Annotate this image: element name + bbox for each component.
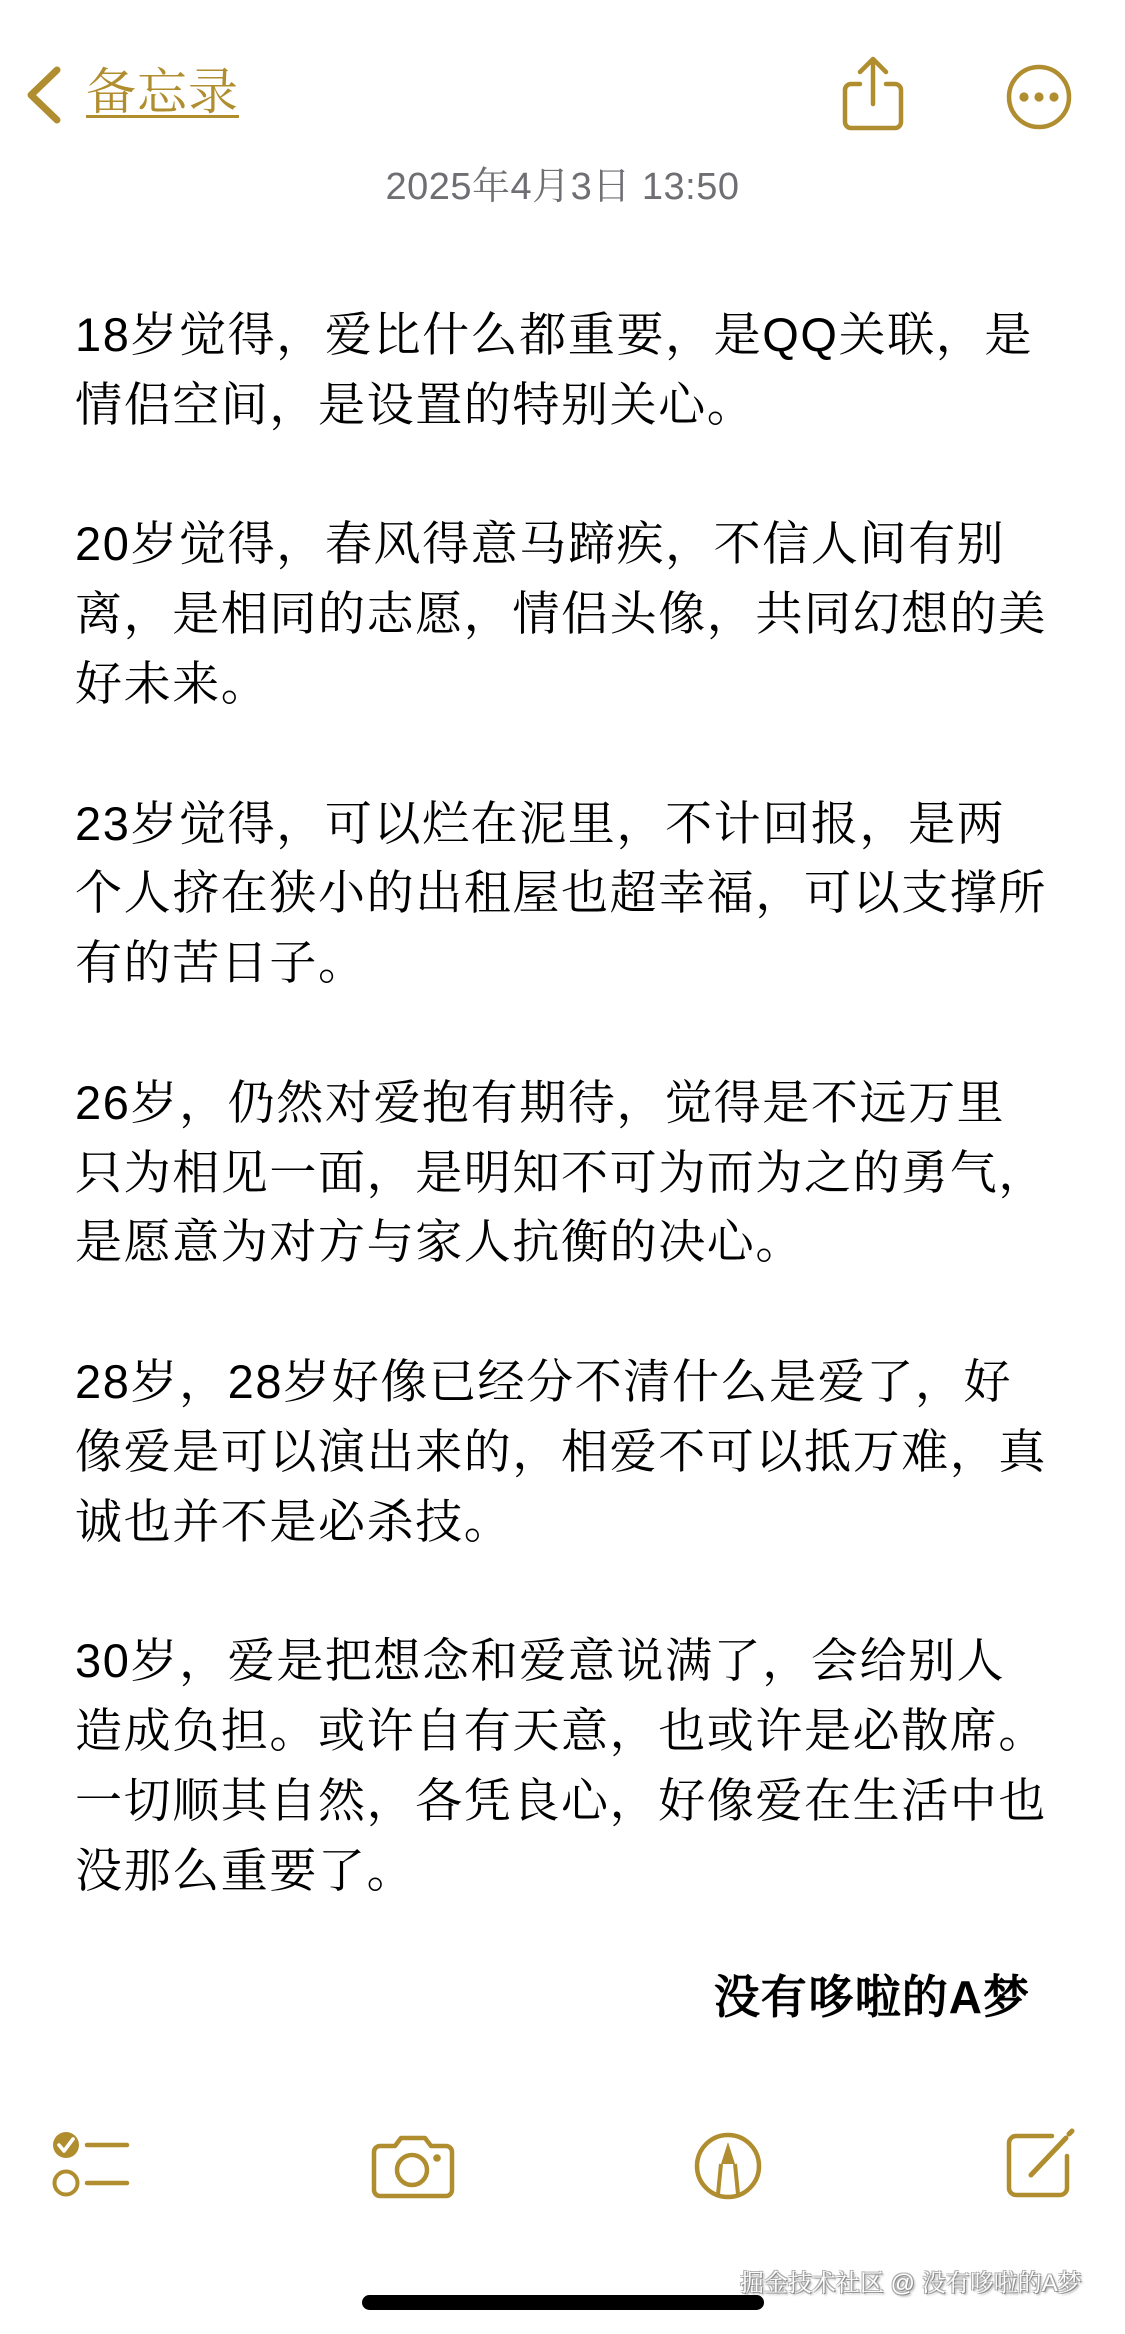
camera-button[interactable] xyxy=(368,2128,458,2202)
compose-button[interactable] xyxy=(1002,2126,1078,2200)
paragraph-20: 20岁觉得，春风得意马蹄疾，不信人间有别 离，是相同的志愿，情侣头像，共同幻想的… xyxy=(75,509,1085,718)
text-line: 诚也并不是必杀技。 xyxy=(75,1487,1085,1557)
blank-line xyxy=(75,719,1085,789)
more-button[interactable] xyxy=(1002,60,1076,134)
text-line: 没那么重要了。 xyxy=(75,1836,1085,1906)
text-line: 26岁，仍然对爱抱有期待，觉得是不远万里 xyxy=(75,1068,1085,1138)
text-line: 23岁觉得，可以烂在泥里，不计回报，是两 xyxy=(75,789,1085,859)
text-line: 好未来。 xyxy=(75,649,1085,719)
camera-icon xyxy=(368,2128,458,2202)
text-line: 18岁觉得，爱比什么都重要，是QQ关联，是 xyxy=(75,300,1085,370)
compose-icon xyxy=(1002,2126,1078,2200)
blank-line xyxy=(75,440,1085,510)
text-line: 离，是相同的志愿，情侣头像，共同幻想的美 xyxy=(75,579,1085,649)
watermark: 掘金技术社区 @ 没有哆啦的A梦 xyxy=(740,2268,1100,2300)
text-line: 造成负担。或许自有天意，也或许是必散席。 xyxy=(75,1696,1085,1766)
text-line: 一切顺其自然，各凭良心，好像爱在生活中也 xyxy=(75,1766,1085,1836)
home-indicator[interactable] xyxy=(362,2295,764,2310)
share-button[interactable] xyxy=(838,54,908,134)
chevron-left-icon[interactable] xyxy=(24,64,64,126)
paragraph-26: 26岁，仍然对爱抱有期待，觉得是不远万里 只为相见一面，是明知不可为而为之的勇气… xyxy=(75,1068,1085,1277)
signature: 没有哆啦的A梦 xyxy=(600,1962,1030,2032)
text-line: 情侣空间，是设置的特别关心。 xyxy=(75,370,1085,440)
back-button[interactable]: 备忘录 xyxy=(86,64,239,120)
text-line: 像爱是可以演出来的，相爱不可以抵万难，真 xyxy=(75,1417,1085,1487)
note-date: 2025年4月3日 13:50 xyxy=(0,164,1125,210)
checklist-button[interactable] xyxy=(50,2128,134,2204)
paragraph-23: 23岁觉得，可以烂在泥里，不计回报，是两 个人挤在狭小的出租屋也超幸福，可以支撑… xyxy=(75,789,1085,998)
share-icon xyxy=(838,54,908,134)
text-line: 只为相见一面，是明知不可为而为之的勇气， xyxy=(75,1138,1085,1208)
paragraph-28: 28岁，28岁好像已经分不清什么是爱了，好 像爱是可以演出来的，相爱不可以抵万难… xyxy=(75,1347,1085,1556)
checklist-icon xyxy=(50,2128,134,2204)
blank-line xyxy=(75,998,1085,1068)
text-line: 个人挤在狭小的出租屋也超幸福，可以支撑所 xyxy=(75,858,1085,928)
text-line: 30岁，爱是把想念和爱意说满了，会给别人 xyxy=(75,1626,1085,1696)
text-line: 28岁，28岁好像已经分不清什么是爱了，好 xyxy=(75,1347,1085,1417)
text-line: 20岁觉得，春风得意马蹄疾，不信人间有别 xyxy=(75,509,1085,579)
text-line: 是愿意为对方与家人抗衡的决心。 xyxy=(75,1207,1085,1277)
note-body[interactable]: 18岁觉得，爱比什么都重要，是QQ关联，是 情侣空间，是设置的特别关心。 20岁… xyxy=(75,300,1085,1905)
markup-pen-icon xyxy=(690,2128,766,2204)
ellipsis-circle-icon xyxy=(1002,60,1076,134)
paragraph-30: 30岁，爱是把想念和爱意说满了，会给别人 造成负担。或许自有天意，也或许是必散席… xyxy=(75,1626,1085,1905)
markup-button[interactable] xyxy=(690,2128,766,2204)
text-line: 有的苦日子。 xyxy=(75,928,1085,998)
blank-line xyxy=(75,1277,1085,1347)
blank-line xyxy=(75,1556,1085,1626)
paragraph-18: 18岁觉得，爱比什么都重要，是QQ关联，是 情侣空间，是设置的特别关心。 xyxy=(75,300,1085,440)
